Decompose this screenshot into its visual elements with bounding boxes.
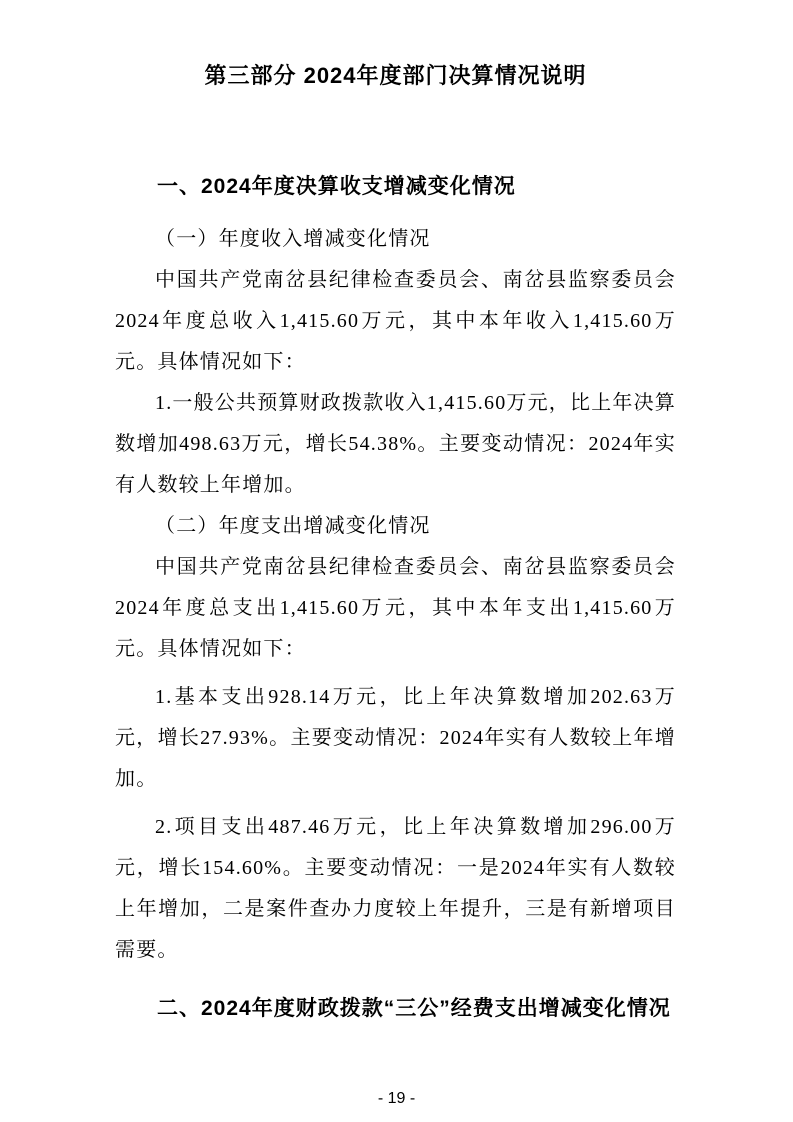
- paragraph-total-expenditure: 中国共产党南岔县纪律检查委员会、南岔县监察委员会2024年度总支出1,415.6…: [115, 547, 676, 670]
- document-page: 第三部分 2024年度部门决算情况说明 一、2024年度决算收支增减变化情况 （…: [0, 0, 793, 1122]
- page-number: - 19 -: [0, 1090, 793, 1108]
- paragraph-total-income: 中国共产党南岔县纪律检查委员会、南岔县监察委员会2024年度总收入1,415.6…: [115, 260, 676, 383]
- subheading-expenditure-change: （二）年度支出增减变化情况: [115, 506, 676, 547]
- subheading-income-change: （一）年度收入增减变化情况: [115, 219, 676, 260]
- section-1-heading: 一、2024年度决算收支增减变化情况: [115, 172, 676, 202]
- document-content: 第三部分 2024年度部门决算情况说明 一、2024年度决算收支增减变化情况 （…: [0, 0, 793, 1024]
- document-title: 第三部分 2024年度部门决算情况说明: [115, 0, 676, 92]
- paragraph-project-expenditure: 2.项目支出487.46万元，比上年决算数增加296.00万元，增长154.60…: [115, 807, 676, 971]
- paragraph-general-budget-income: 1.一般公共预算财政拨款收入1,415.60万元，比上年决算数增加498.63万…: [115, 383, 676, 506]
- section-2-heading: 二、2024年度财政拨款“三公”经费支出增减变化情况: [115, 994, 676, 1024]
- paragraph-basic-expenditure: 1.基本支出928.14万元，比上年决算数增加202.63万元，增长27.93%…: [115, 677, 676, 800]
